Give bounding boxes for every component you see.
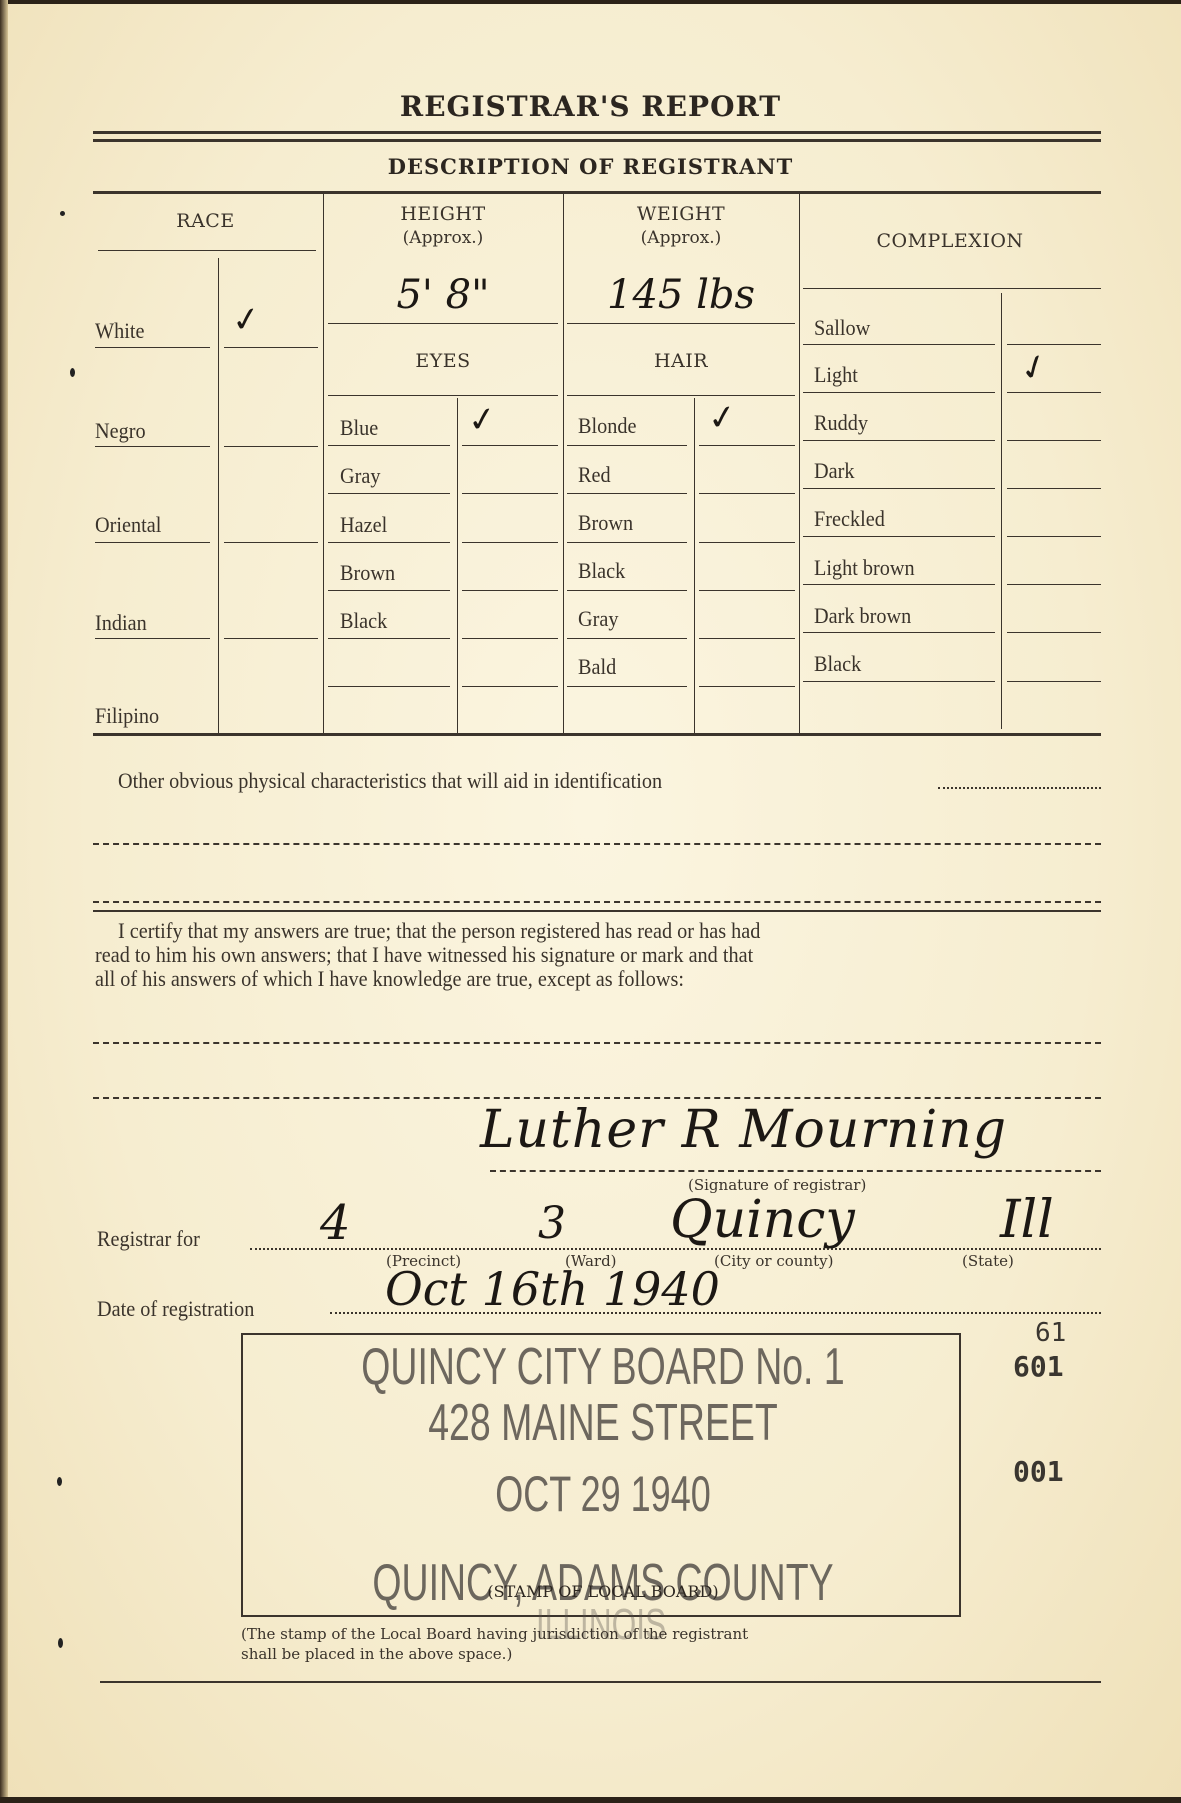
weight-value[interactable]: 145 lbs: [563, 272, 799, 318]
hair-option-black: Black: [578, 558, 625, 584]
race-check-rule: [224, 542, 318, 543]
row-rule: [803, 440, 995, 441]
race-row-rule: [95, 446, 210, 447]
row-rule: [567, 686, 687, 687]
row-rule: [699, 638, 795, 639]
hair-blonde-checkmark[interactable]: ✓: [705, 396, 739, 440]
row-rule: [803, 584, 995, 585]
complexion-option-light: Light: [814, 362, 858, 388]
registrar-state-value[interactable]: Ill: [1000, 1190, 1054, 1250]
date-of-registration-value[interactable]: Oct 16th 1940: [385, 1262, 720, 1316]
row-rule: [567, 445, 687, 446]
row-rule: [803, 536, 995, 537]
table-top-rule: [93, 191, 1101, 194]
complexion-option-sallow: Sallow: [814, 315, 870, 341]
row-rule: [328, 445, 450, 446]
row-rule: [328, 686, 450, 687]
race-option-negro: Negro: [95, 418, 146, 444]
city-caption: (City or county): [714, 1252, 833, 1270]
row-rule: [1007, 488, 1101, 489]
row-rule: [1007, 440, 1101, 441]
certification-text-line-1: I certify that my answers are true; that…: [118, 918, 760, 944]
eyes-option-black: Black: [340, 608, 387, 634]
eyes-blue-checkmark[interactable]: ✓: [465, 398, 499, 442]
row-rule: [462, 590, 558, 591]
row-rule: [1007, 584, 1101, 585]
divider-hair-check: [694, 398, 695, 733]
row-rule: [567, 590, 687, 591]
complexion-option-light-brown: Light brown: [814, 555, 915, 581]
section-subtitle: DESCRIPTION OF REGISTRANT: [0, 154, 1181, 179]
stamp-line-address: 428 MAINE STREET: [344, 1393, 862, 1453]
eyes-option-hazel: Hazel: [340, 512, 387, 538]
registrar-for-label: Registrar for: [97, 1226, 200, 1252]
section-rule: [93, 910, 1101, 912]
other-characteristics-line-2: [93, 901, 1101, 903]
eyes-option-gray: Gray: [340, 463, 380, 489]
punch-mark: [58, 1638, 63, 1648]
title-rule-bottom: [93, 139, 1101, 142]
race-check-rule: [224, 347, 318, 348]
hair-option-red: Red: [578, 462, 611, 488]
form-title: REGISTRAR'S REPORT: [0, 90, 1181, 123]
registrar-signature[interactable]: Luther R Mourning: [480, 1100, 1007, 1160]
complexion-option-black: Black: [814, 651, 861, 677]
divider-weight-complexion: [799, 193, 800, 733]
height-value[interactable]: 5' 8": [323, 272, 563, 318]
weight-subheader: (Approx.): [563, 228, 799, 248]
signature-line: [490, 1170, 1101, 1172]
row-rule: [328, 590, 450, 591]
race-white-checkmark[interactable]: ✓: [229, 298, 263, 342]
complexion-option-freckled: Freckled: [814, 506, 885, 532]
divider-eyes-check: [457, 398, 458, 733]
height-subheader: (Approx.): [323, 228, 563, 248]
hair-option-brown: Brown: [578, 510, 633, 536]
divider-race-check: [218, 258, 219, 733]
row-rule: [803, 681, 995, 682]
paper-edge-left: [0, 0, 8, 1803]
title-rule-top: [93, 131, 1101, 134]
punch-mark: [70, 368, 75, 377]
row-rule: [1007, 632, 1101, 633]
race-option-indian: Indian: [95, 610, 147, 636]
row-rule: [462, 493, 558, 494]
row-rule: [462, 638, 558, 639]
row-rule: [1007, 681, 1101, 682]
row-rule: [1007, 392, 1101, 393]
race-row-rule: [95, 542, 210, 543]
race-option-oriental: Oriental: [95, 512, 161, 538]
bottom-rule: [100, 1681, 1101, 1683]
race-check-rule: [224, 446, 318, 447]
registrar-precinct-value[interactable]: 4: [320, 1195, 351, 1251]
race-check-rule: [224, 638, 318, 639]
eyes-header: EYES: [323, 350, 563, 372]
row-rule: [803, 632, 995, 633]
certification-text-line-3: all of his answers of which I have knowl…: [95, 966, 684, 992]
divider-complexion-check: [1001, 293, 1002, 729]
registrar-city-value[interactable]: Quincy: [670, 1190, 855, 1250]
punch-mark: [60, 211, 65, 216]
race-row-rule: [95, 347, 210, 348]
stamp-line-date: OCT 29 1940: [344, 1465, 862, 1523]
local-board-stamp-box: QUINCY CITY BOARD No. 1 428 MAINE STREET…: [241, 1333, 961, 1617]
stamp-instructions-line-1: (The stamp of the Local Board having jur…: [241, 1625, 748, 1643]
other-characteristics-field[interactable]: [93, 800, 1101, 900]
date-of-registration-label: Date of registration: [97, 1296, 254, 1322]
stamp-caption: (STAMP OF LOCAL BOARD): [243, 1582, 963, 1601]
other-characteristics-leader: [938, 787, 1101, 789]
exceptions-line-2: [93, 1097, 1101, 1099]
row-rule: [328, 638, 450, 639]
stamp-line-board: QUINCY CITY BOARD No. 1: [344, 1337, 862, 1397]
row-rule: [462, 445, 558, 446]
row-rule: [699, 686, 795, 687]
row-rule: [1007, 536, 1101, 537]
paper-edge-top: [0, 0, 1181, 4]
exceptions-field[interactable]: [93, 1000, 1101, 1090]
row-rule: [1007, 344, 1101, 345]
code-61: 61: [1035, 1318, 1066, 1348]
code-601: 601: [1013, 1350, 1064, 1383]
hair-header: HAIR: [563, 350, 799, 372]
eyes-option-blue: Blue: [340, 415, 378, 441]
weight-header: WEIGHT: [563, 203, 799, 225]
other-characteristics-line-1: [93, 843, 1101, 845]
paper-edge-bottom: [0, 1797, 1181, 1803]
race-header: RACE: [93, 210, 318, 232]
row-rule: [567, 542, 687, 543]
complexion-light-checkmark[interactable]: ✓: [1014, 344, 1054, 391]
row-rule: [567, 493, 687, 494]
row-rule: [699, 493, 795, 494]
row-rule: [803, 488, 995, 489]
row-rule: [567, 638, 687, 639]
hair-header-rule: [567, 395, 795, 396]
state-caption: (State): [962, 1252, 1014, 1270]
race-row-rule: [95, 638, 210, 639]
complexion-option-dark: Dark: [814, 458, 854, 484]
complexion-option-ruddy: Ruddy: [814, 410, 868, 436]
height-value-rule: [328, 323, 558, 324]
row-rule: [699, 542, 795, 543]
row-rule: [803, 392, 995, 393]
exceptions-line-1: [93, 1042, 1101, 1044]
row-rule: [803, 344, 995, 345]
height-header: HEIGHT: [323, 203, 563, 225]
complexion-option-dark-brown: Dark brown: [814, 603, 911, 629]
row-rule: [462, 686, 558, 687]
row-rule: [328, 542, 450, 543]
weight-value-rule: [567, 323, 795, 324]
row-rule: [699, 590, 795, 591]
certification-text-line-2: read to him his own answers; that I have…: [95, 942, 753, 968]
hair-option-bald: Bald: [578, 654, 616, 680]
hair-option-gray: Gray: [578, 606, 618, 632]
stamp-instructions-line-2: shall be placed in the above space.): [241, 1645, 512, 1663]
race-option-filipino: Filipino: [95, 703, 159, 729]
race-header-rule: [98, 250, 316, 251]
eyes-option-brown: Brown: [340, 560, 395, 586]
code-001: 001: [1013, 1455, 1064, 1488]
complexion-header-rule: [803, 288, 1101, 289]
hair-option-blonde: Blonde: [578, 413, 636, 439]
other-characteristics-label: Other obvious physical characteristics t…: [118, 768, 662, 794]
table-bottom-rule: [93, 733, 1101, 736]
eyes-header-rule: [328, 395, 558, 396]
complexion-header: COMPLEXION: [799, 230, 1101, 252]
row-rule: [462, 542, 558, 543]
registrar-ward-value[interactable]: 3: [538, 1198, 566, 1249]
row-rule: [328, 493, 450, 494]
punch-mark: [57, 1477, 62, 1486]
row-rule: [699, 445, 795, 446]
race-option-white: White: [95, 318, 144, 344]
